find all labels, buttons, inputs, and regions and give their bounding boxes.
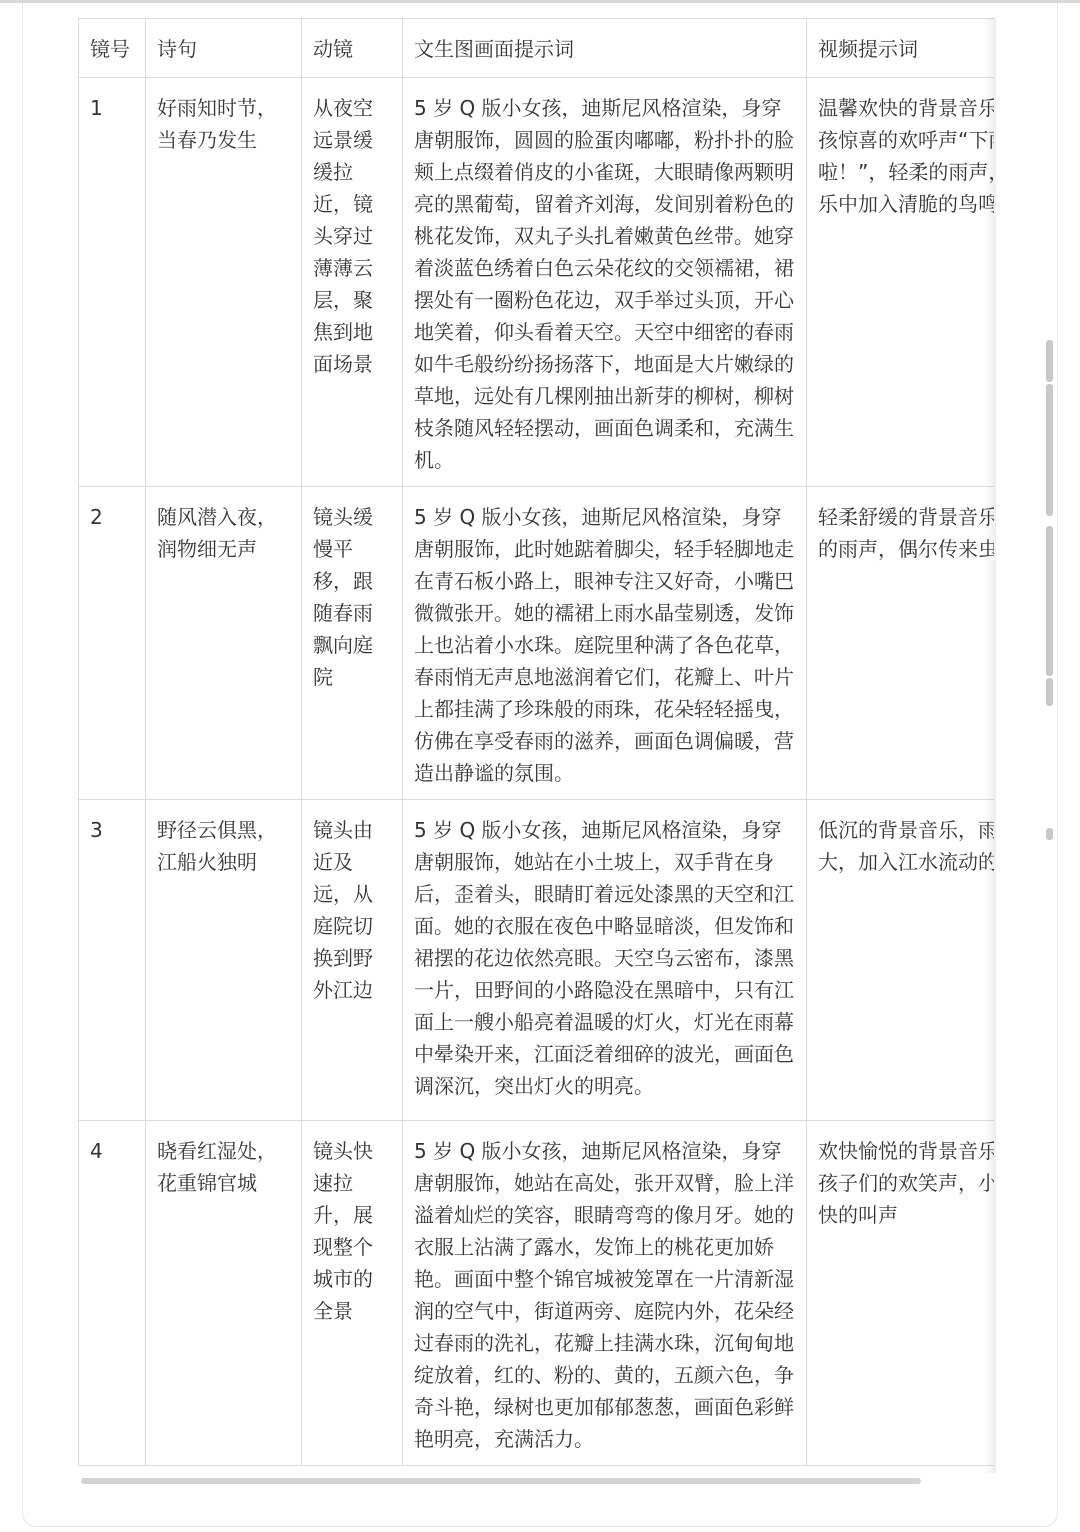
- cell-video-prompt: 轻柔舒缓的背景音乐，细微的雨声，偶尔传来虫鸣: [807, 487, 995, 800]
- cell-poem-line: 随风潜入夜，润物细无声: [146, 487, 302, 800]
- storyboard-table: 镜号 诗句 动镜 文生图画面提示词 视频提示词 1 好雨知时节，当春乃发生 从夜…: [78, 18, 994, 1466]
- table-row: 4 晓看红湿处，花重锦官城 镜头快速拉升，展现整个城市的全景 5 岁 Q 版小女…: [79, 1121, 995, 1466]
- cell-camera-move: 从夜空远景缓缓拉近，镜头穿过薄薄云层，聚焦到地面场景: [302, 78, 403, 487]
- vertical-scrollbar-thumb[interactable]: [1046, 526, 1053, 676]
- cell-shot-number: 4: [79, 1121, 146, 1466]
- cell-image-prompt: 5 岁 Q 版小女孩，迪斯尼风格渲染，身穿唐朝服饰，圆圆的脸蛋肉嘟嘟，粉扑扑的脸…: [403, 78, 807, 487]
- vertical-scrollbar-thumb[interactable]: [1046, 340, 1053, 382]
- cell-shot-number: 3: [79, 800, 146, 1121]
- table-row: 3 野径云俱黑，江船火独明 镜头由近及远，从庭院切换到野外江边 5 岁 Q 版小…: [79, 800, 995, 1121]
- vertical-scrollbar-thumb[interactable]: [1046, 384, 1053, 516]
- header-video-prompt: 视频提示词: [807, 19, 995, 78]
- table-scroll-container[interactable]: 镜号 诗句 动镜 文生图画面提示词 视频提示词 1 好雨知时节，当春乃发生 从夜…: [78, 18, 994, 1473]
- table-row: 1 好雨知时节，当春乃发生 从夜空远景缓缓拉近，镜头穿过薄薄云层，聚焦到地面场景…: [79, 78, 995, 487]
- cell-camera-move: 镜头由近及远，从庭院切换到野外江边: [302, 800, 403, 1121]
- vertical-scrollbar-thumb[interactable]: [1046, 828, 1053, 840]
- cell-shot-number: 2: [79, 487, 146, 800]
- cell-video-prompt: 低沉的背景音乐，雨声渐大，加入江水流动的声音: [807, 800, 995, 1121]
- cell-poem-line: 好雨知时节，当春乃发生: [146, 78, 302, 487]
- cell-poem-line: 野径云俱黑，江船火独明: [146, 800, 302, 1121]
- horizontal-scrollbar-thumb[interactable]: [81, 1478, 921, 1484]
- header-camera-move: 动镜: [302, 19, 403, 78]
- cell-image-prompt: 5 岁 Q 版小女孩，迪斯尼风格渲染，身穿唐朝服饰，此时她踮着脚尖，轻手轻脚地走…: [403, 487, 807, 800]
- table-header-row: 镜号 诗句 动镜 文生图画面提示词 视频提示词: [79, 19, 995, 78]
- table-row: 2 随风潜入夜，润物细无声 镜头缓慢平移，跟随春雨飘向庭院 5 岁 Q 版小女孩…: [79, 487, 995, 800]
- cell-camera-move: 镜头缓慢平移，跟随春雨飘向庭院: [302, 487, 403, 800]
- cell-image-prompt: 5 岁 Q 版小女孩，迪斯尼风格渲染，身穿唐朝服饰，她站在高处，张开双臂，脸上洋…: [403, 1121, 807, 1466]
- cell-camera-move: 镜头快速拉升，展现整个城市的全景: [302, 1121, 403, 1466]
- header-shot-number: 镜号: [79, 19, 146, 78]
- horizontal-scrollbar[interactable]: [78, 1478, 994, 1486]
- vertical-scrollbar[interactable]: [1044, 300, 1054, 880]
- vertical-scrollbar-thumb[interactable]: [1046, 678, 1053, 706]
- cell-video-prompt: 温馨欢快的背景音乐，小女孩惊喜的欢呼声“下雨啦！”，轻柔的雨声，背景音乐中加入清…: [807, 78, 995, 487]
- cell-video-prompt: 欢快愉悦的背景音乐，加入孩子们的欢笑声，小女孩欢快的叫声: [807, 1121, 995, 1466]
- header-image-prompt: 文生图画面提示词: [403, 19, 807, 78]
- cell-poem-line: 晓看红湿处，花重锦官城: [146, 1121, 302, 1466]
- cell-image-prompt: 5 岁 Q 版小女孩，迪斯尼风格渲染，身穿唐朝服饰，她站在小土坡上，双手背在身后…: [403, 800, 807, 1121]
- cell-shot-number: 1: [79, 78, 146, 487]
- header-poem-line: 诗句: [146, 19, 302, 78]
